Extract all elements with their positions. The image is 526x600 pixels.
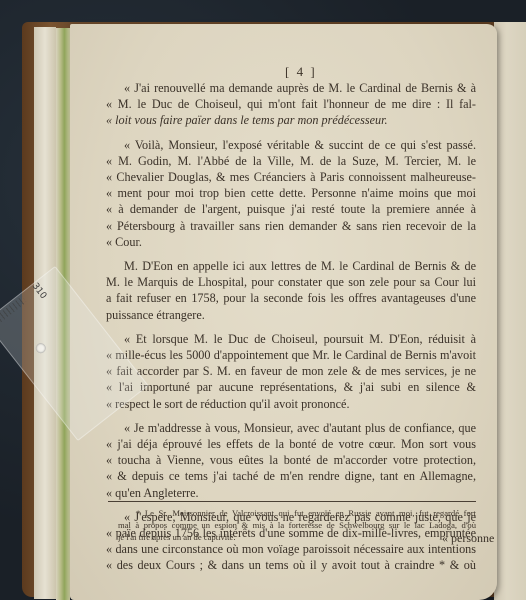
text-line: « toucha à Vienne, vous eûtes la bonté d… (106, 452, 476, 468)
text-line: a fait refuser en 1758, pour la seconde … (106, 290, 476, 306)
body-text: « J'ai renouvellé ma demande auprès de M… (106, 80, 476, 574)
next-page-edge (494, 22, 526, 600)
text-line: « Pétersbourg à travailler sans rien dem… (106, 218, 476, 234)
footnote-line: mal à propos comme un espion & mis à la … (118, 519, 476, 531)
text-line: « J'ai renouvellé ma demande auprès de M… (106, 80, 476, 96)
text-line: « fait accorder par S. M. en faveur de m… (106, 363, 476, 379)
paragraph: « Et lorsque M. le Duc de Choiseul, pour… (106, 331, 476, 412)
footnote-line: je l'ai tiré après un an de captivité. (118, 531, 476, 543)
text-line: « respect le sort de réduction qu'il avo… (106, 396, 476, 412)
paragraph: « J'ai renouvellé ma demande auprès de M… (106, 80, 476, 129)
text-line: « M. Godin, M. l'Abbé de la Ville, M. de… (106, 153, 476, 169)
ruler-hole (34, 341, 48, 355)
text-line: « des deux Cours ; & dans un tems où il … (106, 557, 476, 573)
footnote-line: * Le Sr. Meissonnier de Valcroissant qui… (118, 507, 476, 519)
text-line: « ment pour moi trop bien cette dette. P… (106, 185, 476, 201)
ruler-label: 310 (30, 281, 48, 301)
book-page: [ 4 ] « J'ai renouvellé ma demande auprè… (70, 24, 497, 600)
text-line: « dans une circonstance où mon voïage pa… (106, 541, 476, 557)
footnote: * Le Sr. Meissonnier de Valcroissant qui… (118, 507, 476, 543)
text-line: « l'ai importuné par aucune représentati… (106, 379, 476, 395)
text-line: « & depuis ce tems j'ai taché de m'en re… (106, 468, 476, 484)
text-line: « Je m'addresse à vous, Monsieur, avec d… (106, 420, 476, 436)
text-line: puissance étrangere. (106, 307, 476, 323)
text-line: « Chevalier Douglas, & mes Créanciers à … (106, 169, 476, 185)
text-line: « Voilà, Monsieur, l'exposé véritable & … (106, 137, 476, 153)
text-line: « à demander de l'argent, puisque j'ai r… (106, 201, 476, 217)
text-line: « Cour. (106, 234, 476, 250)
page-number: [ 4 ] (285, 64, 317, 80)
text-line: « M. le Duc de Choiseul, qui m'ont fait … (106, 96, 476, 112)
text-line: « mille-écus les 5000 d'appointement que… (106, 347, 476, 363)
text-line: « j'ai déja éprouvé les effets de la bon… (106, 436, 476, 452)
text-line: « qu'en Angleterre. (106, 485, 476, 501)
text-line: « loit vous faire païer dans le tems par… (106, 112, 476, 128)
text-line: M. D'Eon en appelle ici aux lettres de M… (106, 258, 476, 274)
paragraph: M. D'Eon en appelle ici aux lettres de M… (106, 258, 476, 323)
paragraph: « Voilà, Monsieur, l'exposé véritable & … (106, 137, 476, 250)
footnote-rule (108, 501, 476, 502)
catchword: « personne (442, 531, 494, 546)
text-line: « Et lorsque M. le Duc de Choiseul, pour… (106, 331, 476, 347)
text-line: M. le Marquis de Lhospital, pour constat… (106, 274, 476, 290)
paragraph: « Je m'addresse à vous, Monsieur, avec d… (106, 420, 476, 501)
